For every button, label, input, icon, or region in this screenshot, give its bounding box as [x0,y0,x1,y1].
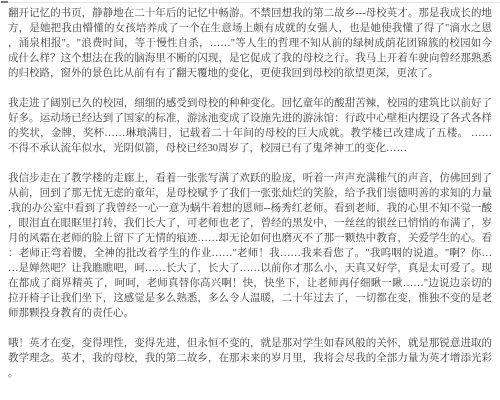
top-edge-divider [0,2,500,3]
essay-paragraph-2: 我走进了阔别已久的校园，细细的感受到母校的种种变化。回忆童年的酸甜苦辣，校园的建… [8,96,492,156]
essay-paragraph-1: 翻开记忆的书页，静静地在二十年后的记忆中畅游。不禁回想我的第二故乡---母校英才… [8,6,492,81]
essay-paragraph-3: 我信步走在了教学楼的走廊上，看着一张张写满了欢跃的脸庞，听着一声声充满稚气的声音… [8,171,492,321]
essay-page: 翻开记忆的书页，静静地在二十年后的记忆中畅游。不禁回想我的第二故乡---母校英才… [0,0,500,400]
top-edge-mark [1,1,8,3]
essay-paragraph-4: 哦！英才在变，变得理性，变得先进，但永恒不变的，就是那对学生如春风般的关怀，就是… [8,336,492,381]
